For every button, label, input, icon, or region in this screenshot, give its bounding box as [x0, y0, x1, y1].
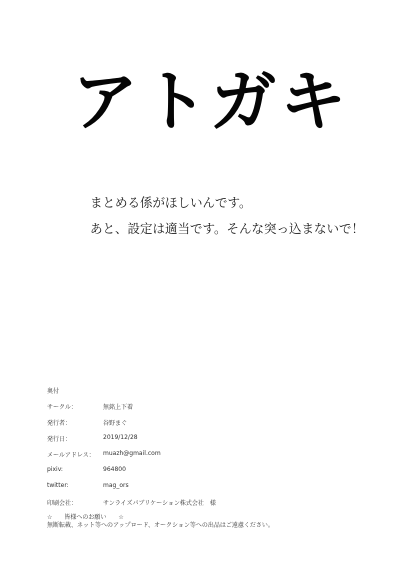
- colophon-heading: 奥付: [47, 386, 59, 395]
- message-line-1: まとめる係がほしいんです。: [90, 193, 252, 211]
- notice-text: 無断転載、ネット等へのアップロード、オークション等への出品はご遠慮ください。: [47, 520, 274, 529]
- page-title: アトガキ: [72, 62, 332, 142]
- message-line-2: あと、設定は適当です。そんな突っ込まないで！: [90, 219, 364, 237]
